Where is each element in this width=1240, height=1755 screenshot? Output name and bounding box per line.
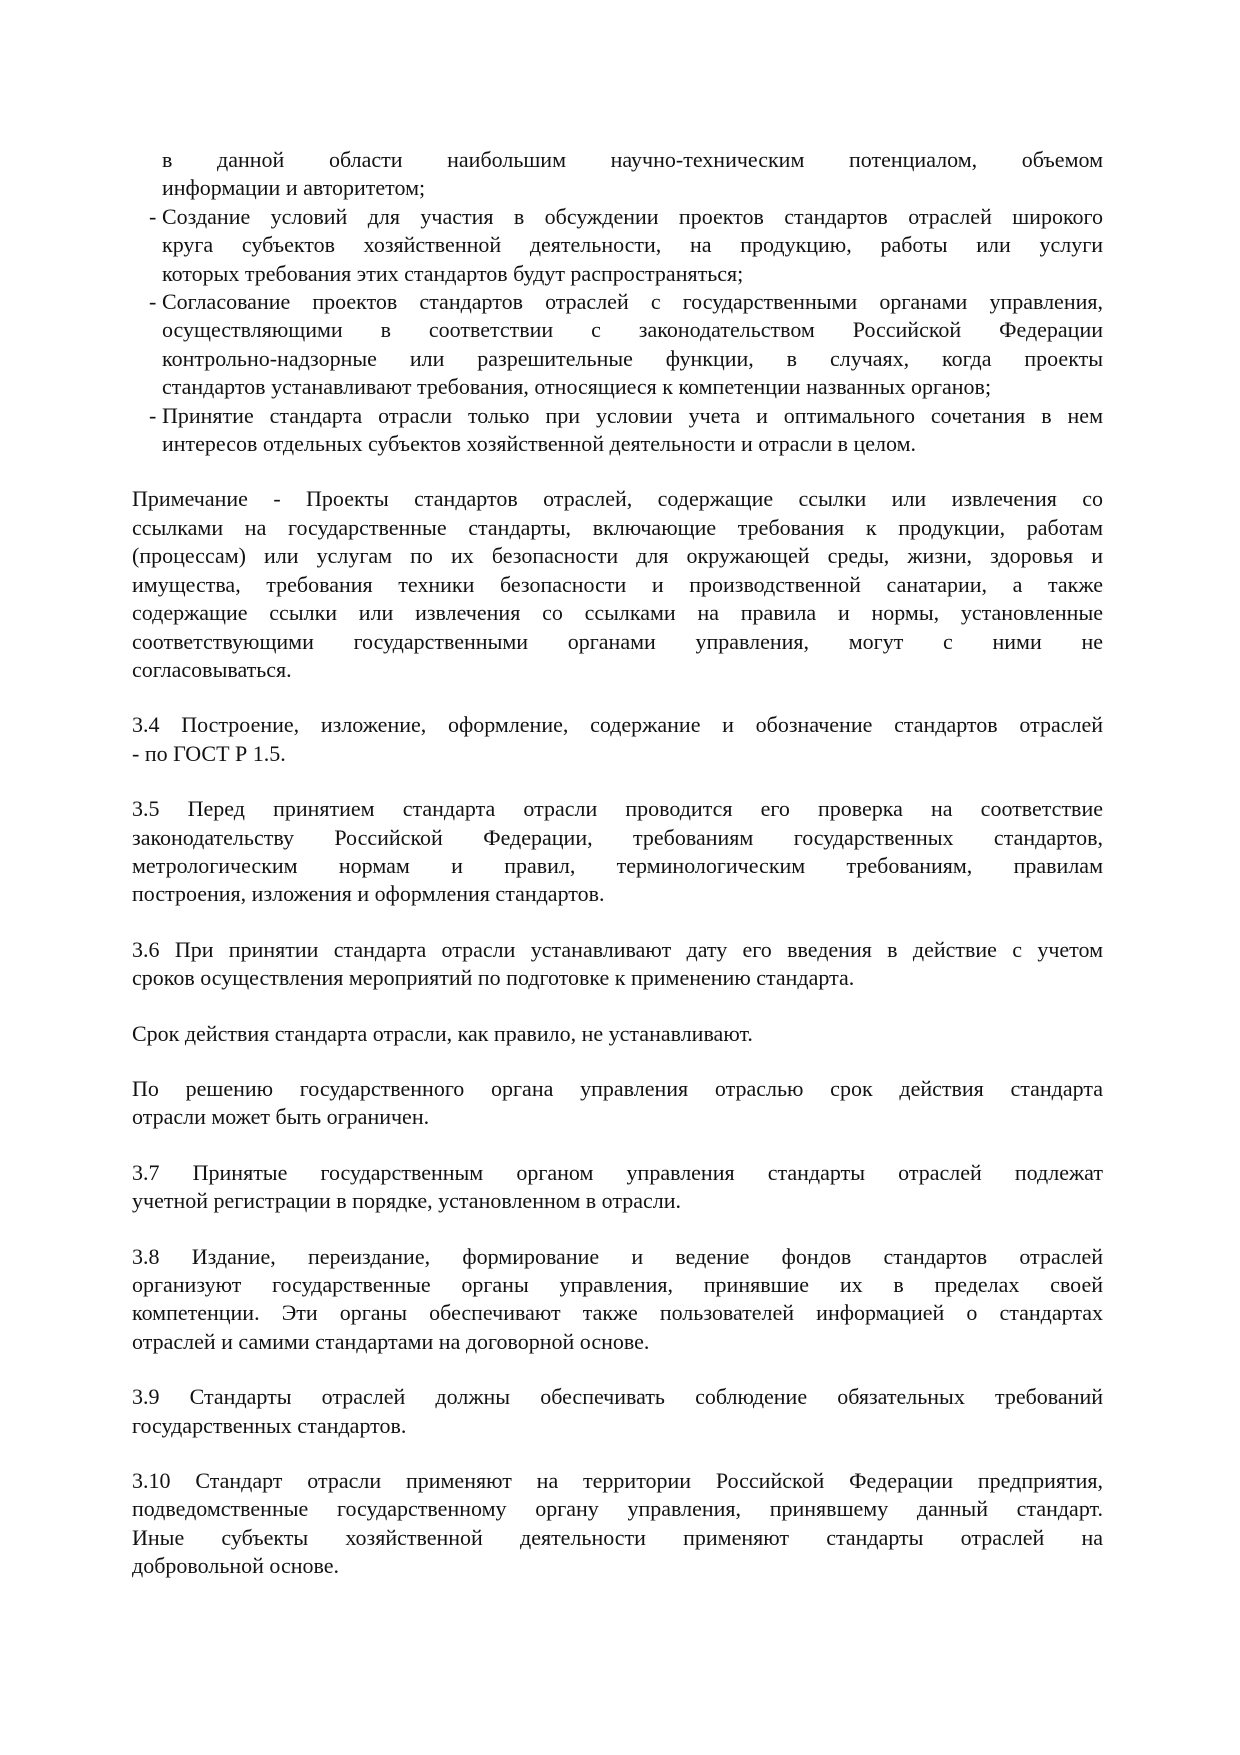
text-line: информации и авторитетом;	[162, 174, 1103, 202]
text-line: которых требования этих стандартов будут…	[162, 260, 1103, 288]
text-line: По решению государственного органа управ…	[132, 1075, 1103, 1103]
text-line: 3.5 Перед принятием стандарта отрасли пр…	[132, 795, 1103, 823]
text-line: 3.8 Издание, переиздание, формирование и…	[132, 1243, 1103, 1271]
text-line: согласовываться.	[132, 656, 1103, 684]
text-line: отрасли может быть ограничен.	[132, 1103, 1103, 1131]
dash-marker: -	[149, 288, 156, 316]
dash-list-item: -Создание условий для участия в обсужден…	[132, 203, 1103, 288]
paragraph: 3.9 Стандарты отраслей должны обеспечива…	[132, 1383, 1103, 1440]
text-line: 3.6 При принятии стандарта отрасли устан…	[132, 936, 1103, 964]
text-line: содержащие ссылки или извлечения со ссыл…	[132, 599, 1103, 627]
text-line: Примечание - Проекты стандартов отраслей…	[132, 485, 1103, 513]
text-line: учетной регистрации в порядке, установле…	[132, 1187, 1103, 1215]
text-line: построения, изложения и оформления станд…	[132, 880, 1103, 908]
document-page: в данной области наибольшим научно-техни…	[0, 0, 1240, 1755]
text-line: 3.7 Принятые государственным органом упр…	[132, 1159, 1103, 1187]
paragraph: Срок действия стандарта отрасли, как пра…	[132, 1020, 1103, 1048]
paragraph: 3.5 Перед принятием стандарта отрасли пр…	[132, 795, 1103, 909]
text-line: 3.10 Стандарт отрасли применяют на терри…	[132, 1467, 1103, 1495]
text-line: 3.4 Построение, изложение, оформление, с…	[132, 711, 1103, 739]
text-line: соответствующими государственными органа…	[132, 628, 1103, 656]
text-line: контрольно-надзорные или разрешительные …	[162, 345, 1103, 373]
text-line: Согласование проектов стандартов отрасле…	[162, 288, 1103, 316]
dash-marker: -	[149, 402, 156, 430]
text-line: сроков осуществления мероприятий по подг…	[132, 964, 1103, 992]
paragraph: 3.7 Принятые государственным органом упр…	[132, 1159, 1103, 1216]
paragraph: 3.8 Издание, переиздание, формирование и…	[132, 1243, 1103, 1357]
text-line: 3.9 Стандарты отраслей должны обеспечива…	[132, 1383, 1103, 1411]
text-line: круга субъектов хозяйственной деятельнос…	[162, 231, 1103, 259]
paragraph: 3.10 Стандарт отрасли применяют на терри…	[132, 1467, 1103, 1581]
text-line: государственных стандартов.	[132, 1412, 1103, 1440]
text-line: стандартов устанавливают требования, отн…	[162, 373, 1103, 401]
text-line: - по ГОСТ Р 1.5.	[132, 740, 1103, 768]
text-line: организуют государственные органы управл…	[132, 1271, 1103, 1299]
text-line: Иные субъекты хозяйственной деятельности…	[132, 1524, 1103, 1552]
text-line: имущества, требования техники безопаснос…	[132, 571, 1103, 599]
paragraph: По решению государственного органа управ…	[132, 1075, 1103, 1132]
dash-list-item: -Согласование проектов стандартов отрасл…	[132, 288, 1103, 402]
text-line: осуществляющими в соответствии с законод…	[162, 316, 1103, 344]
text-line: (процессам) или услугам по их безопаснос…	[132, 542, 1103, 570]
list-item-continuation: в данной области наибольшим научно-техни…	[132, 146, 1103, 203]
dash-list: в данной области наибольшим научно-техни…	[132, 146, 1103, 458]
text-line: подведомственные государственному органу…	[132, 1495, 1103, 1523]
text-line: компетенции. Эти органы обеспечивают так…	[132, 1299, 1103, 1327]
dash-marker: -	[149, 203, 156, 231]
document-text-column: в данной области наибольшим научно-техни…	[132, 146, 1103, 1581]
text-line: в данной области наибольшим научно-техни…	[162, 146, 1103, 174]
dash-list-item: -Принятие стандарта отрасли только при у…	[132, 402, 1103, 459]
text-line: отраслей и самими стандартами на договор…	[132, 1328, 1103, 1356]
text-line: интересов отдельных субъектов хозяйствен…	[162, 430, 1103, 458]
text-line: ссылками на государственные стандарты, в…	[132, 514, 1103, 542]
paragraph: Примечание - Проекты стандартов отраслей…	[132, 485, 1103, 684]
document-page-body: { "page": { "background_color": "#ffffff…	[0, 0, 1240, 1755]
text-line: Срок действия стандарта отрасли, как пра…	[132, 1020, 1103, 1048]
paragraph: 3.6 При принятии стандарта отрасли устан…	[132, 936, 1103, 993]
text-line: метрологическим нормам и правил, термино…	[132, 852, 1103, 880]
text-line: Создание условий для участия в обсуждени…	[162, 203, 1103, 231]
text-line: добровольной основе.	[132, 1552, 1103, 1580]
text-line: Принятие стандарта отрасли только при ус…	[162, 402, 1103, 430]
paragraph: 3.4 Построение, изложение, оформление, с…	[132, 711, 1103, 768]
text-line: законодательству Российской Федерации, т…	[132, 824, 1103, 852]
